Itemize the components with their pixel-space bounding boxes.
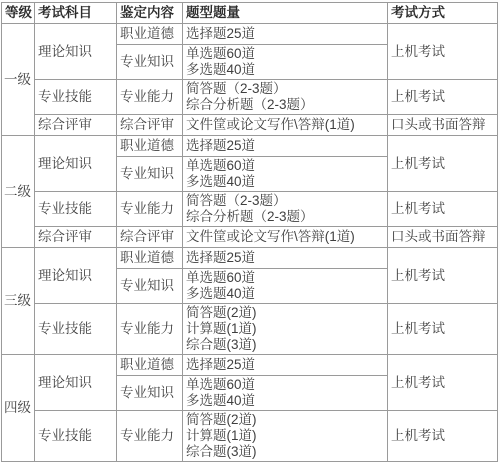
content-cell: 专业能力 — [117, 411, 183, 462]
question-line: 综合题(3道) — [186, 337, 385, 353]
question-line: 简答题(2道) — [186, 412, 385, 428]
questions-cell: 选择题25道 — [183, 24, 388, 45]
method-cell: 上机考试 — [388, 192, 498, 227]
level-cell: 三级 — [2, 248, 35, 355]
content-cell: 专业能力 — [117, 192, 183, 227]
question-line: 单选题60道 — [186, 270, 385, 286]
table-row: 四级 理论知识 职业道德 选择题25道 上机考试 — [2, 355, 498, 376]
question-line: 选择题25道 — [186, 357, 385, 373]
content-cell: 专业知识 — [117, 376, 183, 411]
question-line: 文件筐或论文写作\答辩(1道) — [186, 229, 385, 245]
content-cell: 职业道德 — [117, 248, 183, 269]
level-cell: 一级 — [2, 24, 35, 136]
question-line: 简答题（2-3题） — [186, 193, 385, 209]
level-cell: 四级 — [2, 355, 35, 462]
question-line: 选择题25道 — [186, 250, 385, 266]
method-cell: 上机考试 — [388, 136, 498, 192]
question-line: 计算题(1道) — [186, 428, 385, 444]
question-line: 多选题40道 — [186, 286, 385, 302]
question-line: 选择题25道 — [186, 26, 385, 42]
content-cell: 专业知识 — [117, 269, 183, 304]
questions-cell: 单选题60道 多选题40道 — [183, 45, 388, 80]
questions-cell: 文件筐或论文写作\答辩(1道) — [183, 115, 388, 136]
method-cell: 上机考试 — [388, 248, 498, 304]
question-line: 文件筐或论文写作\答辩(1道) — [186, 117, 385, 133]
method-cell: 上机考试 — [388, 355, 498, 411]
questions-cell: 单选题60道 多选题40道 — [183, 157, 388, 192]
header-row: 等级 考试科目 鉴定内容 题型题量 考试方式 — [2, 3, 498, 24]
col-header-subject: 考试科目 — [35, 3, 117, 24]
question-line: 多选题40道 — [186, 62, 385, 78]
table-row: 二级 理论知识 职业道德 选择题25道 上机考试 — [2, 136, 498, 157]
questions-cell: 文件筐或论文写作\答辩(1道) — [183, 227, 388, 248]
question-line: 单选题60道 — [186, 46, 385, 62]
subject-cell: 理论知识 — [35, 248, 117, 304]
question-line: 综合题(3道) — [186, 444, 385, 460]
question-line: 多选题40道 — [186, 174, 385, 190]
questions-cell: 简答题（2-3题） 综合分析题（2-3题） — [183, 192, 388, 227]
method-cell: 上机考试 — [388, 411, 498, 462]
questions-cell: 简答题(2道) 计算题(1道) 综合题(3道) — [183, 304, 388, 355]
col-header-content: 鉴定内容 — [117, 3, 183, 24]
content-cell: 专业知识 — [117, 45, 183, 80]
exam-levels-table: 等级 考试科目 鉴定内容 题型题量 考试方式 一级 理论知识 职业道德 选择题2… — [1, 2, 498, 462]
table-row: 专业技能 专业能力 简答题（2-3题） 综合分析题（2-3题） 上机考试 — [2, 80, 498, 115]
questions-cell: 选择题25道 — [183, 248, 388, 269]
subject-cell: 理论知识 — [35, 355, 117, 411]
col-header-level: 等级 — [2, 3, 35, 24]
subject-cell: 理论知识 — [35, 136, 117, 192]
question-line: 选择题25道 — [186, 138, 385, 154]
question-line: 单选题60道 — [186, 158, 385, 174]
content-cell: 专业知识 — [117, 157, 183, 192]
question-line: 单选题60道 — [186, 377, 385, 393]
question-line: 计算题(1道) — [186, 321, 385, 337]
question-line: 综合分析题（2-3题） — [186, 97, 385, 113]
table-row: 专业技能 专业能力 简答题(2道) 计算题(1道) 综合题(3道) 上机考试 — [2, 411, 498, 462]
questions-cell: 选择题25道 — [183, 355, 388, 376]
questions-cell: 选择题25道 — [183, 136, 388, 157]
question-line: 综合分析题（2-3题） — [186, 209, 385, 225]
content-cell: 专业能力 — [117, 304, 183, 355]
method-cell: 上机考试 — [388, 80, 498, 115]
question-line: 简答题(2道) — [186, 305, 385, 321]
content-cell: 综合评审 — [117, 227, 183, 248]
table-row: 综合评审 综合评审 文件筐或论文写作\答辩(1道) 口头或书面答辩 — [2, 115, 498, 136]
table-row: 专业技能 专业能力 简答题(2道) 计算题(1道) 综合题(3道) 上机考试 — [2, 304, 498, 355]
table-row: 专业技能 专业能力 简答题（2-3题） 综合分析题（2-3题） 上机考试 — [2, 192, 498, 227]
questions-cell: 单选题60道 多选题40道 — [183, 269, 388, 304]
table-row: 综合评审 综合评审 文件筐或论文写作\答辩(1道) 口头或书面答辩 — [2, 227, 498, 248]
question-line: 多选题40道 — [186, 393, 385, 409]
subject-cell: 综合评审 — [35, 115, 117, 136]
table-row: 三级 理论知识 职业道德 选择题25道 上机考试 — [2, 248, 498, 269]
content-cell: 职业道德 — [117, 355, 183, 376]
table-row: 一级 理论知识 职业道德 选择题25道 上机考试 — [2, 24, 498, 45]
subject-cell: 专业技能 — [35, 411, 117, 462]
col-header-method: 考试方式 — [388, 3, 498, 24]
level-cell: 二级 — [2, 136, 35, 248]
col-header-questions: 题型题量 — [183, 3, 388, 24]
subject-cell: 理论知识 — [35, 24, 117, 80]
questions-cell: 单选题60道 多选题40道 — [183, 376, 388, 411]
content-cell: 综合评审 — [117, 115, 183, 136]
content-cell: 职业道德 — [117, 24, 183, 45]
subject-cell: 专业技能 — [35, 304, 117, 355]
content-cell: 专业能力 — [117, 80, 183, 115]
subject-cell: 专业技能 — [35, 80, 117, 115]
method-cell: 口头或书面答辩 — [388, 115, 498, 136]
subject-cell: 综合评审 — [35, 227, 117, 248]
question-line: 简答题（2-3题） — [186, 81, 385, 97]
content-cell: 职业道德 — [117, 136, 183, 157]
method-cell: 上机考试 — [388, 24, 498, 80]
questions-cell: 简答题（2-3题） 综合分析题（2-3题） — [183, 80, 388, 115]
method-cell: 上机考试 — [388, 304, 498, 355]
subject-cell: 专业技能 — [35, 192, 117, 227]
method-cell: 口头或书面答辩 — [388, 227, 498, 248]
questions-cell: 简答题(2道) 计算题(1道) 综合题(3道) — [183, 411, 388, 462]
